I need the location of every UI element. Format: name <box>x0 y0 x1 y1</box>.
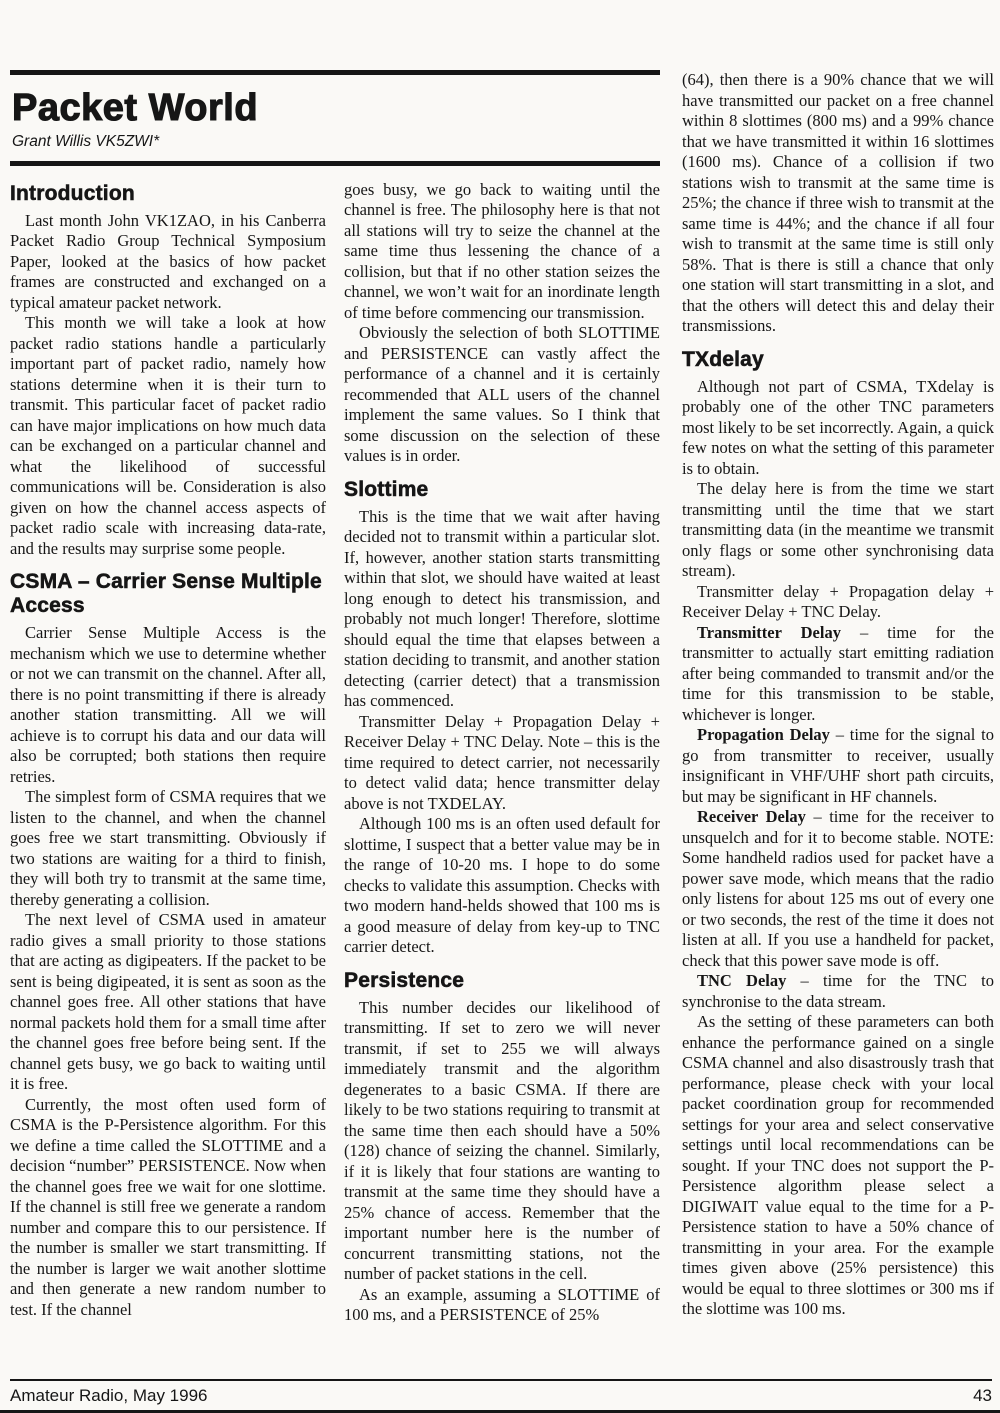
paragraph-lead: Receiver Delay <box>697 807 806 826</box>
magazine-page: Packet World Grant Willis VK5ZWI* Introd… <box>0 0 1000 1413</box>
paragraph: The next level of CSMA used in amateur r… <box>10 910 326 1095</box>
paragraph-lead: Propagation Delay <box>697 725 830 744</box>
section-heading: Introduction <box>10 182 326 206</box>
paragraph: The delay here is from the time we start… <box>682 479 994 582</box>
section-heading: TXdelay <box>682 348 994 372</box>
paragraph: Currently, the most often used form of C… <box>10 1095 326 1321</box>
column-2: goes busy, we go back to waiting until t… <box>344 180 660 1326</box>
article-title: Packet World <box>12 89 660 129</box>
paragraph: Transmitter delay + Propagation delay + … <box>682 582 994 623</box>
column-1: IntroductionLast month John VK1ZAO, in h… <box>10 180 326 1326</box>
paragraph: The simplest form of CSMA requires that … <box>10 787 326 910</box>
paragraph: Receiver Delay – time for the receiver t… <box>682 807 994 971</box>
section-heading: Persistence <box>344 969 660 993</box>
paragraph: TNC Delay – time for the TNC to synchron… <box>682 971 994 1012</box>
section-heading: Slottime <box>344 478 660 502</box>
paragraph: Although not part of CSMA, TXdelay is pr… <box>682 377 994 480</box>
paragraph-lead: TNC Delay <box>697 971 786 990</box>
paragraph: Transmitter Delay – time for the transmi… <box>682 623 994 726</box>
paragraph: Propagation Delay – time for the signal … <box>682 725 994 807</box>
masthead-bottom-rule <box>10 161 660 166</box>
paragraph: This is the time that we wait after havi… <box>344 507 660 712</box>
paragraph: This month we will take a look at how pa… <box>10 313 326 559</box>
paragraph: Although 100 ms is an often used default… <box>344 814 660 958</box>
paragraph-lead: Transmitter Delay <box>697 623 841 642</box>
masthead-and-first-columns: Packet World Grant Willis VK5ZWI* Introd… <box>10 70 660 1326</box>
footer-journal-date: Amateur Radio, May 1996 <box>10 1386 208 1406</box>
page-footer: Amateur Radio, May 1996 43 <box>10 1379 992 1406</box>
paragraph: Carrier Sense Multiple Access is the mec… <box>10 623 326 787</box>
masthead: Packet World Grant Willis VK5ZWI* <box>10 70 660 166</box>
masthead-top-rule <box>10 70 660 75</box>
paragraph: goes busy, we go back to waiting until t… <box>344 180 660 324</box>
footer-page-number: 43 <box>973 1386 992 1406</box>
paragraph: (64), then there is a 90% chance that we… <box>682 70 994 337</box>
page-content: Packet World Grant Willis VK5ZWI* Introd… <box>0 0 1000 1326</box>
paragraph: As the setting of these parameters can b… <box>682 1012 994 1320</box>
paragraph: As an example, assuming a SLOTTIME of 10… <box>344 1285 660 1326</box>
column-3: (64), then there is a 90% chance that we… <box>682 70 994 1320</box>
paragraph: Last month John VK1ZAO, in his Canberra … <box>10 211 326 314</box>
section-heading: CSMA – Carrier Sense Multiple Access <box>10 570 326 618</box>
paragraph: Obviously the selection of both SLOTTIME… <box>344 323 660 467</box>
paragraph: This number decides our likelihood of tr… <box>344 998 660 1285</box>
columns-one-two: IntroductionLast month John VK1ZAO, in h… <box>10 180 660 1326</box>
paragraph: Transmitter Delay + Propagation Delay + … <box>344 712 660 815</box>
article-byline: Grant Willis VK5ZWI* <box>12 133 660 151</box>
